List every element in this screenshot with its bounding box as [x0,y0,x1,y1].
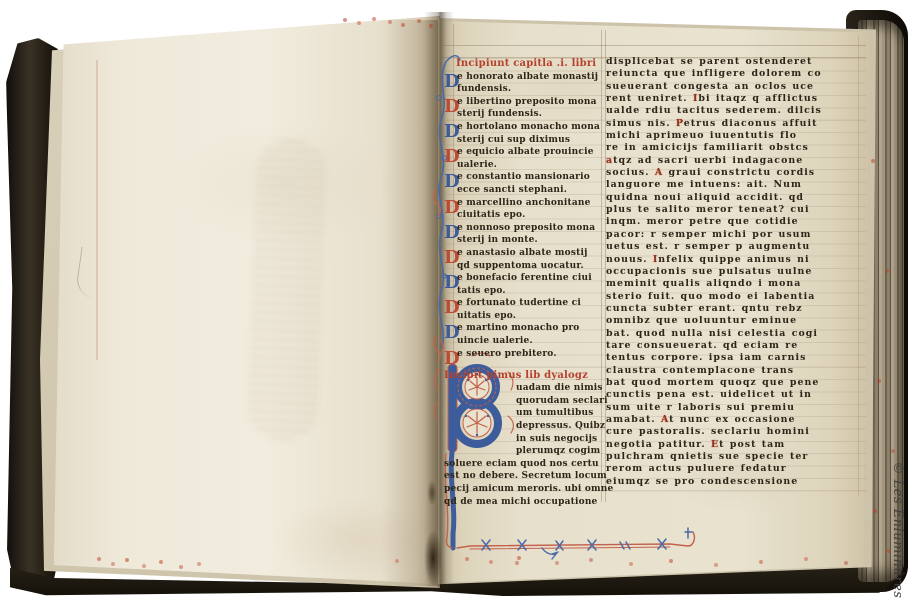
manuscript-line: um tumultibus [516,407,604,420]
line-segment: simus nis. [606,118,676,129]
capitula-column: Incipiunt capitla .i. libriDe honorato a… [444,58,604,508]
chapter-entry: De honorato albate monastijfundensis. [444,71,604,96]
chapter-initial: D [444,322,457,347]
chapter-entry: De fortunato tudertine ciuitatis epo. [444,297,604,322]
manuscript-line: e seuero prebitero. [457,348,604,361]
line-segment: t nunc ex occasione [669,414,795,425]
manuscript-line: atqz ad sacri uerbi indagacone [606,155,870,167]
line-segment: t post tam [719,439,785,450]
chapter-initial: D [444,247,457,272]
chapter-lines: e equicio albate prouincieualerie. [457,146,604,171]
red-speckles-bottom-left-page [96,556,98,558]
manuscript-line: depressus. Quibz [516,420,604,433]
chapter-lines: e martino monacho prouincie ualerie. [457,322,604,347]
manuscript-line: e fortunato tudertine ci [457,297,604,310]
chapter-lines: e bonefacio ferentine ciuitatis epo. [457,272,604,297]
line-segment: graui constrictu cordis [663,167,815,178]
line-segment: nfelix quippe animus ni [658,254,809,265]
chapter-entry: De marcellino anchonitaneciuitatis epo. [444,197,604,222]
chapter-entry: De seuero prebitero. [444,348,604,370]
chapter-lines: e seuero prebitero. [457,348,604,370]
manuscript-line: ualerie. [457,159,604,172]
manuscript-line: e equicio albate prouincie [457,146,604,159]
manuscript-line: omnibz que uoluuntur eminue [606,315,870,327]
manuscript-line: sterij cui sup diximus [457,134,604,147]
red-speckles-top-left-page [340,18,342,20]
manuscript-line: cunctis pena est. uidelicet ut in [606,389,870,401]
manuscript-line: e bonefacio ferentine ciui [457,272,604,285]
manuscript-line: ualde rdiu tacitus sederem. dilcis [606,105,870,117]
manuscript-line: rerom actus puluere fedatur [606,463,870,475]
manuscript-line: tentus corpore. ipsa iam carnis [606,352,870,364]
line-segment: A [661,414,669,425]
chapter-initial: D [444,171,457,196]
chapter-entry: De libertino preposito monasterij funden… [444,96,604,121]
manuscript-line: e anastasio albate mostij [457,247,604,260]
line-segment: negotia patitur. [606,439,711,450]
faint-red-ruling-mark [96,60,98,360]
manuscript-line: uetus est. r semper p augmentu [606,241,870,253]
chapter-lines: e anastasio albate mostijqd suppentoma u… [457,247,604,272]
manuscript-line: claustra contemplacone trans [606,365,870,377]
line-segment: A [655,167,663,178]
manuscript-line: cure pastoralis. seclariu homini [606,426,870,438]
manuscript-line: displicebat se parent ostenderet [606,56,870,68]
ink-showthrough-smudge [247,139,327,441]
manuscript-line: uincie ualerie. [457,335,604,348]
manuscript-line: sterio fuit. quo modo ei labentia [606,291,870,303]
chapter-lines: e libertino preposito monasterij fundens… [457,96,604,121]
manuscript-line: inqm. meror petre que cotidie [606,216,870,228]
line-segment: etrus diaconus affuit [684,118,818,129]
manuscript-line: tare consueuerat. qd eciam re [606,340,870,352]
chapter-entry: De martino monacho prouincie ualerie. [444,322,604,347]
manuscript-line: rent ueniret. Ibi itaqz q afflictus [606,93,870,105]
manuscript-line: est no debere. Secretum locum [444,470,604,483]
chapter-initial: D [444,222,457,247]
manuscript-line: eiumqz se pro condescensione [606,476,870,488]
manuscript-line: occupacionis sue pulsatus uulne [606,266,870,278]
manuscript-line: ciuitatis epo. [457,209,604,222]
line-segment: bi itaqz q afflictus [698,93,818,104]
chapter-initial: D [444,348,457,370]
chapter-initial: D [444,297,457,322]
manuscript-line: e constantio mansionario [457,171,604,184]
chapter-entry: De anastasio albate mostijqd suppentoma … [444,247,604,272]
manuscript-line: quorudam seclari [516,395,604,408]
chapter-lines: e hortolano monacho monasterij cui sup d… [457,121,604,146]
chapter-lines: e honorato albate monastijfundensis. [457,71,604,96]
chapter-entry: De bonefacio ferentine ciuitatis epo. [444,272,604,297]
manuscript-line: e hortolano monacho mona [457,121,604,134]
rubric-capitula: Incipiunt capitla .i. libri [444,58,604,71]
manuscript-line: quidna noui aliquid accidit. qd [606,192,870,204]
manuscript-line: e marcellino anchonitane [457,197,604,210]
chapter-entry: De hortolano monacho monasterij cui sup … [444,121,604,146]
manuscript-line: negotia patitur. Et post tam [606,439,870,451]
chapter-initial: D [444,121,457,146]
manuscript-line: plus te salito meror teneat? cui [606,204,870,216]
manuscript-line: qd de mea michi occupatione [444,496,604,509]
manuscript-line: re in amicicijs familiarit obstcs [606,142,870,154]
manuscript-line: uitatis epo. [457,310,604,323]
chapter-initial: D [444,96,457,121]
chapter-initial: D [444,71,457,96]
manuscript-line: socius. A graui constrictu cordis [606,167,870,179]
chapter-entry: De nonnoso preposito monasterij in monte… [444,222,604,247]
manuscript-line: amabat. At nunc ex occasione [606,414,870,426]
photo-of-manuscript-book: Incipiunt capitla .i. libriDe honorato a… [0,0,918,600]
line-segment: P [676,118,684,129]
manuscript-line: plerumqz cogim [516,445,604,458]
incipit-opening: Quadam die nimisquorudam seclarium tumul… [444,382,604,508]
manuscript-line: ecce sancti stephani. [457,184,604,197]
chapter-lines: e constantio mansionarioecce sancti step… [457,171,604,196]
manuscript-line: tatis epo. [457,285,604,298]
manuscript-line: e libertino preposito mona [457,96,604,109]
chapter-lines: e nonnoso preposito monasterij in monte. [457,222,604,247]
manuscript-line: simus nis. Petrus diaconus affuit [606,118,870,130]
manuscript-line: languore me intuens: ait. Num [606,179,870,191]
rubric-incipit: Incipit pimus lib dyalogz [444,370,604,383]
manuscript-line: sterij in monte. [457,234,604,247]
manuscript-line: pacor: r semper michi por usum [606,229,870,241]
chapter-lines: e marcellino anchonitaneciuitatis epo. [457,197,604,222]
manuscript-line: bat quod mortem quoqz que pene [606,377,870,389]
manuscript-line: sum uite r laboris sui premiu [606,402,870,414]
manuscript-line: nouus. Infelix quippe animus ni [606,254,870,266]
chapter-entry: De constantio mansionarioecce sancti ste… [444,171,604,196]
manuscript-line: reiuncta que infligere dolorem co [606,68,870,80]
manuscript-line: bat. quod nulla nisi celestia cogi [606,328,870,340]
chapter-initial: D [444,146,457,171]
manuscript-line: in suis negocijs [516,433,604,446]
manuscript-line: e martino monacho pro [457,322,604,335]
manuscript-line: e honorato albate monastij [457,71,604,84]
manuscript-line: michi aprimeuo iuuentutis flo [606,130,870,142]
manuscript-line: e nonnoso preposito mona [457,222,604,235]
manuscript-line: sterij fundensis. [457,108,604,121]
line-segment: tqz ad sacri uerbi indagacone [613,155,803,166]
chapter-lines: e fortunato tudertine ciuitatis epo. [457,297,604,322]
manuscript-line: pecij amicum meroris. ubi omne [444,483,604,496]
manuscript-line: pulchram qnietis sue specie ter [606,451,870,463]
manuscript-line: fundensis. [457,83,604,96]
copyright-watermark: © Les Enluminures [889,455,905,600]
manuscript-line: qd suppentoma uocatur. [457,260,604,273]
manuscript-line: uadam die nimis [516,382,604,395]
line-segment: rent ueniret. [606,93,693,104]
manuscript-line: cuncta subter erant. qntu rebz [606,303,870,315]
line-segment: nouus. [606,254,653,265]
chapter-entry: De equicio albate prouincieualerie. [444,146,604,171]
line-segment: E [711,439,719,450]
line-segment: amabat. [606,414,661,425]
chapter-initial: D [444,272,457,297]
second-column: displicebat se parent ostenderetreiuncta… [606,56,870,488]
manuscript-line: meminit qualis aliqndo i mona [606,278,870,290]
line-segment: socius. [606,167,655,178]
manuscript-line: sueuerant congesta an oclos uce [606,81,870,93]
chapter-initial: D [444,197,457,222]
manuscript-line: soluere eciam quod nos certu [444,458,604,471]
